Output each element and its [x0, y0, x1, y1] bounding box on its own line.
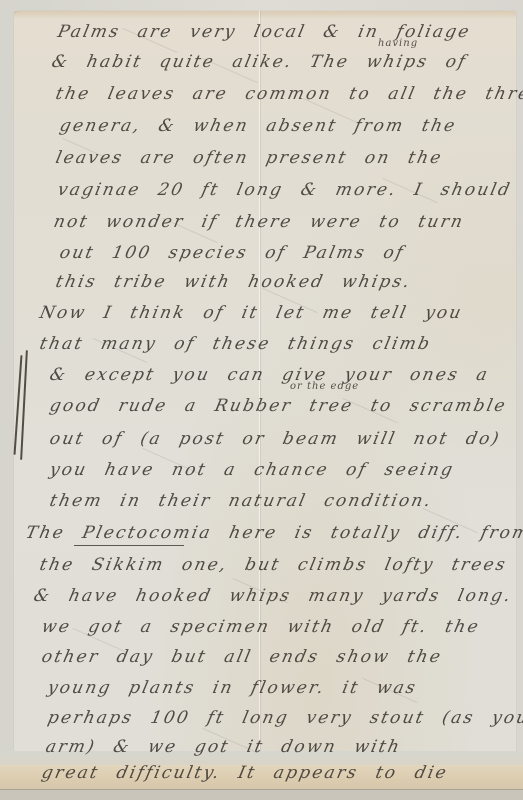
text-line: the leaves are common to all the three: [54, 84, 523, 104]
text-line: that many of these things climb: [38, 334, 433, 354]
text-line: Now I think of it let me tell you: [38, 303, 465, 323]
text-line: & have hooked whips many yards long.: [32, 586, 514, 606]
text-line: them in their natural condition.: [48, 491, 434, 511]
underline-plectocomia: [74, 545, 184, 546]
text-line: this tribe with hooked whips.: [54, 272, 413, 292]
interlinear-insertion: or the edge: [290, 381, 359, 392]
text-line: & except you can give your ones a: [48, 365, 491, 385]
text-line: we got a specimen with old ft. the: [40, 617, 482, 637]
text-line: leaves are often present on the: [54, 148, 445, 168]
text-line: & habit quite alike. The whips of: [50, 52, 469, 72]
interlinear-insertion: having: [378, 38, 418, 49]
text-line: The Plectocomia here is totally diff. fr…: [24, 523, 523, 543]
text-line: arm) & we got it down with: [44, 737, 403, 757]
text-line: out of (a post or beam will not do): [48, 429, 503, 449]
text-line: good rude a Rubber tree to scramble: [48, 396, 509, 416]
text-line: the Sikkim one, but climbs lofty trees: [38, 555, 509, 575]
text-line: vaginae 20 ft long & more. I should: [56, 180, 514, 200]
text-line: great difficulty. It appears to die: [40, 763, 450, 783]
text-line: not wonder if there were to turn: [52, 212, 466, 232]
text-line: you have not a chance of seeing: [48, 460, 456, 480]
text-line: genera, & when absent from the: [58, 116, 459, 136]
text-line: out 100 species of Palms of: [58, 243, 407, 263]
text-line: young plants in flower. it was: [46, 678, 419, 698]
text-line: other day but all ends show the: [40, 647, 444, 667]
text-line: perhaps 100 ft long very stout (as your: [46, 708, 523, 728]
handwritten-text: Palms are very local & in foliage having…: [0, 0, 523, 800]
